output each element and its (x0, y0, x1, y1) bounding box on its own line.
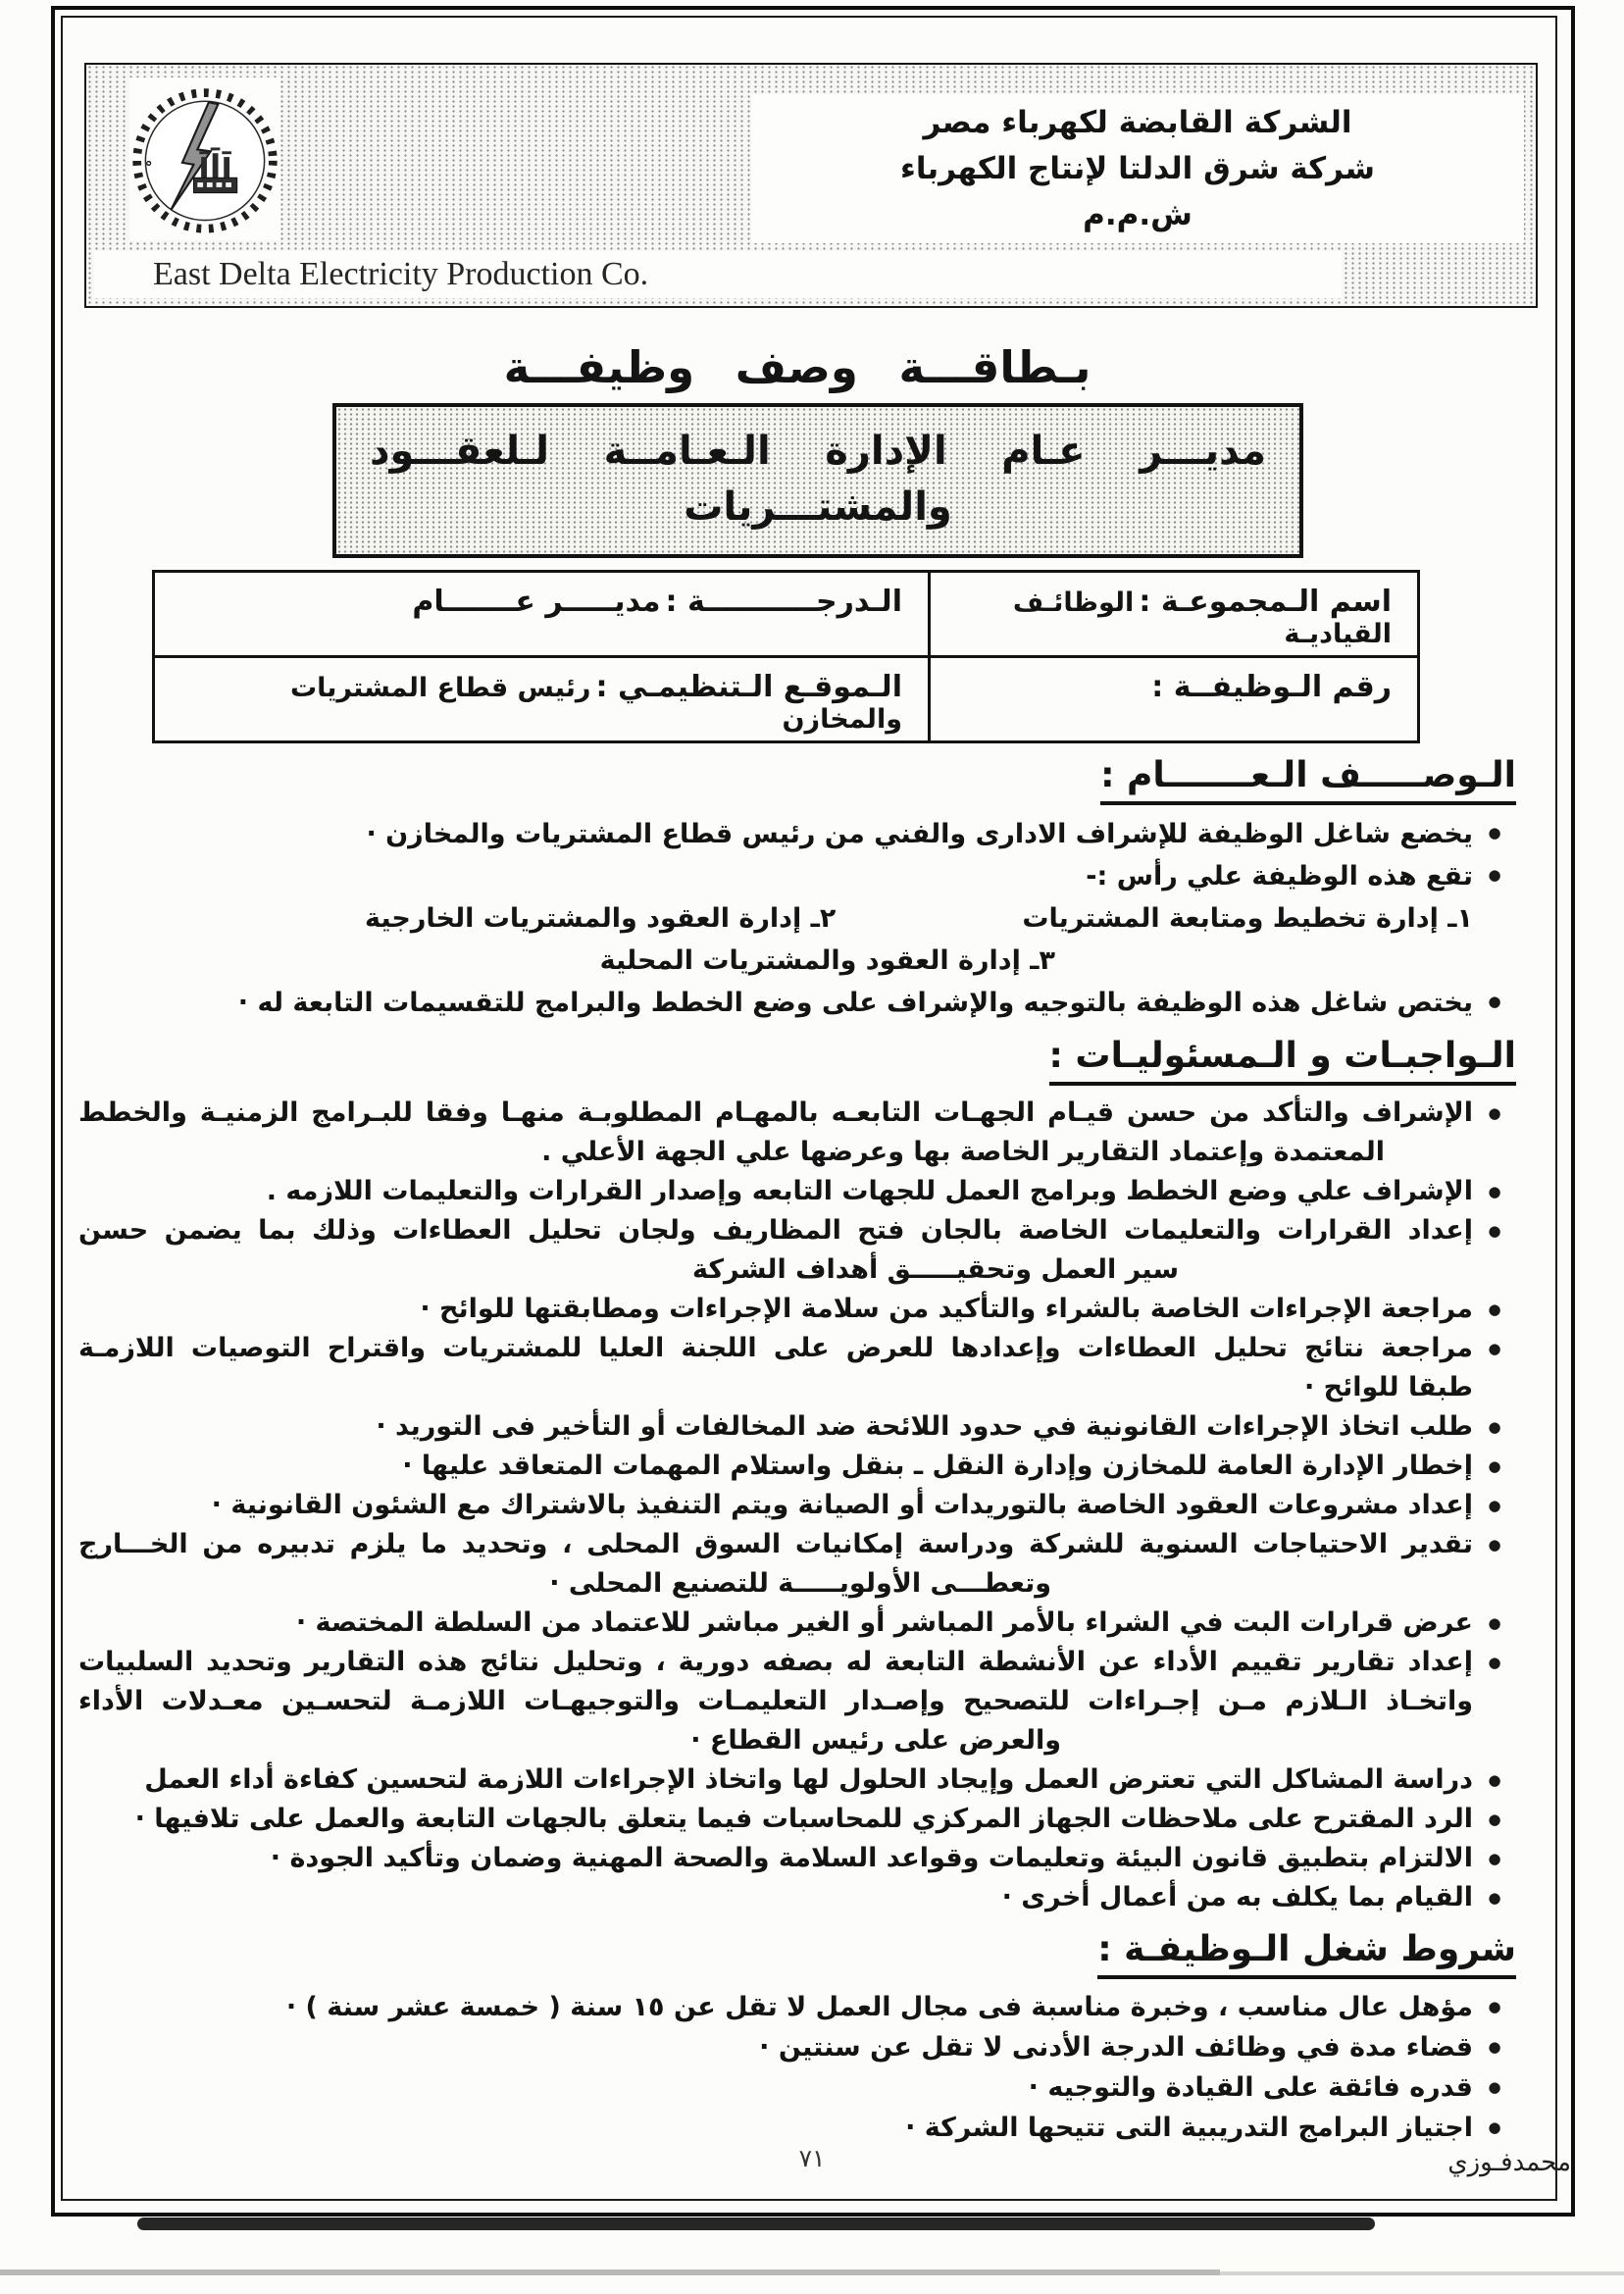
grade-label: الـدرجـــــــــــة : (666, 585, 902, 619)
company-name-en: East Delta Electricity Production Co. (94, 251, 1342, 298)
list-item-line: عرض قرارات البت في الشراء بالأمر المباشر… (78, 1604, 1473, 1643)
bullet-icon: ● (1473, 982, 1516, 1021)
bullet-icon: ● (1473, 1800, 1516, 1839)
job-description-document: East Delta Electricity Production co. (0, 0, 1624, 2294)
bullet-icon: ● (1473, 1172, 1516, 1211)
list-item: ●مراجعة الإجراءات الخاصة بالشراء والتأكي… (78, 1290, 1516, 1329)
numbered-item-3: ٣ـ إدارة العقود والمشتريات المحلية (78, 940, 1516, 982)
bullet-icon: ● (1473, 1290, 1516, 1329)
list-item: ●الإشراف والتأكد من حسن قيـام الجهـات ال… (78, 1094, 1516, 1172)
section-heading-requirements: شروط شغل الـوظيفـة : (78, 1929, 1516, 1979)
numbered-item-2: ٢ـ إدارة العقود والمشتريات الخارجية (365, 897, 836, 940)
list-item: ● يخضع شاغل الوظيفة للإشراف الادارى والف… (78, 813, 1516, 855)
list-item: ●اجتياز البرامج التدريبية التى تتيحها ال… (78, 2108, 1516, 2148)
job-title-line2: والمشتـــريات (370, 480, 1266, 535)
page-number: ٧١ (0, 2144, 1624, 2172)
list-item-line: طبقا للوائح · (78, 1368, 1473, 1407)
list-item-line: إعداد القرارات والتعليمات الخاصة بالجان … (78, 1211, 1473, 1250)
bullet-icon: ● (1473, 2067, 1516, 2107)
list-item-line: تقدير الاحتياجات السنوية للشركة ودراسة إ… (78, 1525, 1473, 1564)
bullet-icon: ● (1473, 2027, 1516, 2066)
document-content: East Delta Electricity Production co. (65, 20, 1559, 2148)
list-item: ●تقدير الاحتياجات السنوية للشركة ودراسة … (78, 1525, 1516, 1604)
requirements-list: ●مؤهل عال مناسب ، وخبرة مناسبة فى مجال ا… (78, 1987, 1516, 2148)
grade-value: مديـــــر عـــــــام (412, 585, 660, 619)
list-item: ●قدره فائقة على القيادة والتوجيه · (78, 2067, 1516, 2108)
list-item-line: اجتياز البرامج التدريبية التى تتيحها الش… (78, 2108, 1473, 2148)
list-item: ●إعداد القرارات والتعليمات الخاصة بالجان… (78, 1211, 1516, 1290)
list-item: ●الإشراف علي وضع الخطط وبرامج العمل للجه… (78, 1172, 1516, 1211)
bullet-icon: ● (1473, 1760, 1516, 1800)
list-item: ● تقع هذه الوظيفة علي رأس :- (78, 855, 1516, 897)
job-title-box: مديـــر عـام الإدارة الـعـامــة لـلعقـــ… (332, 403, 1303, 558)
list-item: ●عرض قرارات البت في الشراء بالأمر المباش… (78, 1604, 1516, 1643)
bullet-icon: ● (1473, 1447, 1516, 1486)
list-item: ●مراجعة نتائج تحليل العطاءات وإعدادها لل… (78, 1329, 1516, 1407)
company-logo: East Delta Electricity Production co. (129, 77, 280, 240)
bullet-icon: ● (1473, 2108, 1516, 2147)
bullet-icon: ● (1473, 1987, 1516, 2026)
bullet-icon: ● (1473, 1604, 1516, 1643)
list-item-line: الالتزام بتطبيق قانون البيئة وتعليمات وق… (78, 1839, 1473, 1878)
duties-list: ●الإشراف والتأكد من حسن قيـام الجهـات ال… (78, 1094, 1516, 1917)
list-item: ●دراسة المشاكل التي تعترض العمل وإيجاد ا… (78, 1760, 1516, 1800)
bullet-icon: ● (1473, 1878, 1516, 1917)
grade-cell: الـدرجـــــــــــة : مديـــــر عـــــــا… (154, 572, 930, 657)
list-item-line: الإشراف علي وضع الخطط وبرامج العمل للجها… (78, 1172, 1473, 1211)
list-item-line: مراجعة نتائج تحليل العطاءات وإعدادها للع… (78, 1329, 1473, 1368)
numbered-row: ١ـ إدارة تخطيط ومتابعة المشتريات ٢ـ إدار… (78, 897, 1516, 940)
holding-company-name: الشركة القابضة لكهرباء مصر (751, 100, 1524, 146)
list-item: ●إعداد تقارير تقييم الأداء عن الأنشطة ال… (78, 1643, 1516, 1760)
job-info-table: اسم الـمجموعـة : الوظائـف القياديـة الـد… (152, 570, 1420, 743)
org-location-cell: الـموقـع الـتنظيمـي : رئيس قطاع المشتريا… (154, 657, 930, 742)
job-number-label: رقم الـوظيفــة : (1151, 670, 1392, 704)
table-row: رقم الـوظيفــة : الـموقـع الـتنظيمـي : ر… (154, 657, 1419, 742)
bullet-icon: ● (1473, 1211, 1516, 1250)
list-item-line: إعداد مشروعات العقود الخاصة بالتوريدات أ… (78, 1486, 1473, 1525)
list-item-line: والعرض على رئيس القطاع · (78, 1721, 1061, 1760)
list-item-line: قضاء مدة في وظائف الدرجة الأدنى لا تقل ع… (78, 2027, 1473, 2067)
list-item-line: مراجعة الإجراءات الخاصة بالشراء والتأكيد… (78, 1290, 1473, 1329)
scan-artifact-bar (137, 2218, 1375, 2230)
list-item: ●قضاء مدة في وظائف الدرجة الأدنى لا تقل … (78, 2027, 1516, 2067)
company-legal-form: ش.م.م (751, 192, 1524, 238)
company-names-ar: الشركة القابضة لكهرباء مصر شركة شرق الدل… (751, 94, 1524, 243)
card-title: بـطاقـــة وصف وظيفـــة (78, 341, 1516, 393)
list-item: ●الالتزام بتطبيق قانون البيئة وتعليمات و… (78, 1839, 1516, 1878)
group-cell: اسم الـمجموعـة : الوظائـف القياديـة (929, 572, 1418, 657)
bullet-icon: ● (1473, 1329, 1516, 1368)
group-label: اسم الـمجموعـة : (1139, 585, 1392, 619)
logo-bottom-text: شركة شرق الدلتا لإنتاج الكهرباء (129, 77, 134, 83)
letterhead: East Delta Electricity Production co. (84, 63, 1538, 308)
list-item-line: مؤهل عال مناسب ، وخبرة مناسبة فى مجال ال… (78, 1987, 1473, 2027)
bullet-icon: ● (1473, 1839, 1516, 1878)
numbered-item-1: ١ـ إدارة تخطيط ومتابعة المشتريات (1022, 897, 1473, 940)
list-item: ● يختص شاغل هذه الوظيفة بالتوجيه والإشرا… (78, 982, 1516, 1024)
bullet-icon: ● (1473, 1094, 1516, 1133)
list-item-line: قدره فائقة على القيادة والتوجيه · (78, 2067, 1473, 2108)
list-item-line: واتخـاذ الـلازم مـن إجـراءات للتصحيح وإص… (78, 1682, 1473, 1721)
bullet-icon: ● (1473, 855, 1516, 894)
table-row: اسم الـمجموعـة : الوظائـف القياديـة الـد… (154, 572, 1419, 657)
list-item: ●طلب اتخاذ الإجراءات القانونية في حدود ا… (78, 1407, 1516, 1447)
list-item-line: الإشراف والتأكد من حسن قيـام الجهـات الت… (78, 1094, 1473, 1133)
list-item: ●مؤهل عال مناسب ، وخبرة مناسبة فى مجال ا… (78, 1987, 1516, 2027)
bullet-icon: ● (1473, 813, 1516, 852)
list-item-line: طلب اتخاذ الإجراءات القانونية في حدود ال… (78, 1407, 1473, 1447)
list-item-line: الرد المقترح على ملاحظات الجهاز المركزي … (78, 1800, 1473, 1839)
list-item: ●القيام بما يكلف به من أعمال أخرى · (78, 1878, 1516, 1917)
general-description-section: ● يخضع شاغل الوظيفة للإشراف الادارى والف… (78, 813, 1516, 1024)
list-item: ●إخطار الإدارة العامة للمخازن وإدارة الن… (78, 1447, 1516, 1486)
bullet-icon: ● (1473, 1643, 1516, 1682)
company-logo-icon: East Delta Electricity Production co. (129, 77, 280, 240)
signature-name: محمدفـوزي (1447, 2148, 1571, 2177)
org-location-label: الـموقـع الـتنظيمـي : (596, 670, 902, 704)
list-item-line: إعداد تقارير تقييم الأداء عن الأنشطة الت… (78, 1643, 1473, 1682)
list-item: ●الرد المقترح على ملاحظات الجهاز المركزي… (78, 1800, 1516, 1839)
list-item-line: إخطار الإدارة العامة للمخازن وإدارة النق… (78, 1447, 1473, 1486)
scan-artifact-streak (0, 2269, 1220, 2275)
section-heading-duties: الـواجبـات و الـمسئوليـات : (78, 1036, 1516, 1086)
list-item-line: وتعطـــى الأولويـــــة للتصنيع المحلى · (78, 1564, 1051, 1604)
general-bullet-3: يختص شاغل هذه الوظيفة بالتوجيه والإشراف … (78, 982, 1473, 1024)
bullet-icon: ● (1473, 1486, 1516, 1525)
general-bullet-2: تقع هذه الوظيفة علي رأس :- (78, 855, 1473, 897)
list-item-line: المعتمدة وإعتماد التقارير الخاصة بها وعر… (78, 1133, 1385, 1172)
general-bullet-1: يخضع شاغل الوظيفة للإشراف الادارى والفني… (78, 813, 1473, 855)
company-name-ar: شركة شرق الدلتا لإنتاج الكهرباء (751, 146, 1524, 192)
job-number-cell: رقم الـوظيفــة : (929, 657, 1418, 742)
list-item-line: سير العمل وتحقيـــــق أهداف الشركة (78, 1250, 1179, 1290)
bullet-icon: ● (1473, 1407, 1516, 1447)
scan-artifact-streak-light (1220, 2271, 1624, 2275)
list-item: ●إعداد مشروعات العقود الخاصة بالتوريدات … (78, 1486, 1516, 1525)
list-item-line: القيام بما يكلف به من أعمال أخرى · (78, 1878, 1473, 1917)
bullet-icon: ● (1473, 1525, 1516, 1564)
section-heading-general-description: الـوصـــــف الـعـــــــام : (78, 755, 1516, 805)
job-title-line1: مديـــر عـام الإدارة الـعـامــة لـلعقـــ… (370, 423, 1266, 480)
list-item-line: دراسة المشاكل التي تعترض العمل وإيجاد ال… (78, 1760, 1473, 1800)
